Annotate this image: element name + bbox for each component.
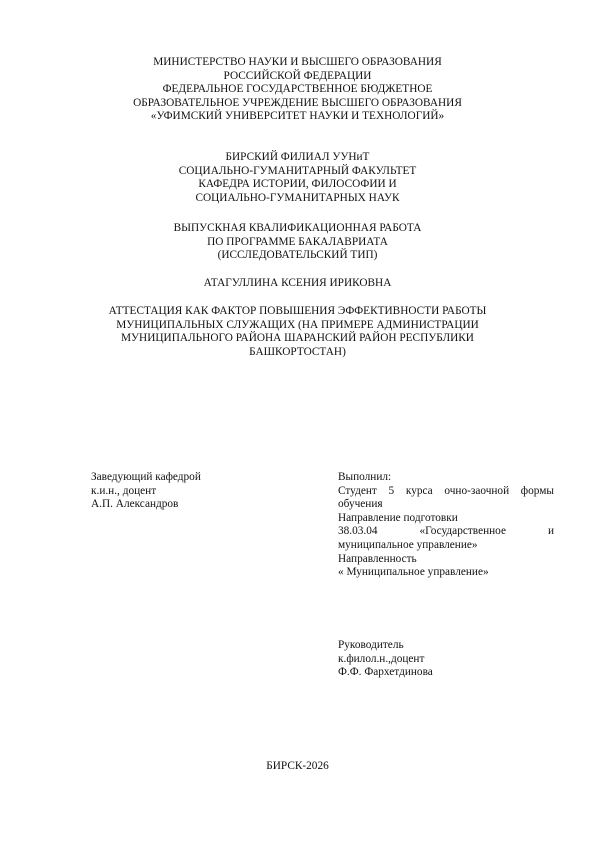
head-degree: к.и.н., доцент — [91, 485, 291, 499]
ministry-line: РОССИЙСКОЙ ФЕДЕРАЦИИ — [0, 70, 595, 84]
branch-line: КАФЕДРА ИСТОРИИ, ФИЛОСОФИИ И — [0, 178, 595, 192]
student-course-cont: обучения — [338, 498, 554, 512]
direction-row: 38.03.04 «Государственное и — [338, 525, 554, 539]
direction-name: «Государственное — [420, 525, 506, 539]
supervisor-name: Ф.Ф. Фархетдинова — [338, 666, 554, 680]
student-block: Выполнил: Студент 5 курса очно-заочной ф… — [338, 471, 554, 580]
city-year-text: БИРСК-2026 — [0, 760, 595, 774]
head-role: Заведующий кафедрой — [91, 471, 291, 485]
direction-name-cont: муниципальное управление» — [338, 539, 554, 553]
direction-label: Направление подготовки — [338, 512, 554, 526]
work-type-line: (ИССЛЕДОВАТЕЛЬСКИЙ ТИП) — [0, 249, 595, 263]
author-name-text: АТАГУЛЛИНА КСЕНИЯ ИРИКОВНА — [0, 277, 595, 291]
branch-line: СОЦИАЛЬНО-ГУМАНИТАРНЫЙ ФАКУЛЬТЕТ — [0, 165, 595, 179]
work-type-line: ВЫПУСКНАЯ КВАЛИФИКАЦИОННАЯ РАБОТА — [0, 222, 595, 236]
supervisor-degree: к.филол.н.,доцент — [338, 653, 554, 667]
profile-label: Направленность — [338, 553, 554, 567]
work-type-line: ПО ПРОГРАММЕ БАКАЛАВРИАТА — [0, 236, 595, 250]
head-name: А.П. Александров — [91, 498, 291, 512]
branch-line: БИРСКИЙ ФИЛИАЛ УУНиТ — [0, 151, 595, 165]
supervisor-role: Руководитель — [338, 639, 554, 653]
thesis-title: АТТЕСТАЦИЯ КАК ФАКТОР ПОВЫШЕНИЯ ЭФФЕКТИВ… — [0, 305, 595, 359]
thesis-title-line: АТТЕСТАЦИЯ КАК ФАКТОР ПОВЫШЕНИЯ ЭФФЕКТИВ… — [0, 305, 595, 319]
direction-conj: и — [548, 525, 554, 539]
branch-header: БИРСКИЙ ФИЛИАЛ УУНиТ СОЦИАЛЬНО-ГУМАНИТАР… — [0, 151, 595, 205]
student-course: Студент 5 курса очно-заочной формы — [338, 485, 554, 499]
ministry-line: «УФИМСКИЙ УНИВЕРСИТЕТ НАУКИ И ТЕХНОЛОГИЙ… — [0, 110, 595, 124]
thesis-title-line: МУНИЦИПАЛЬНОГО РАЙОНА ШАРАНСКИЙ РАЙОН РЕ… — [0, 332, 595, 346]
author-name: АТАГУЛЛИНА КСЕНИЯ ИРИКОВНА — [0, 277, 595, 291]
profile-name: « Муниципальное управление» — [338, 566, 554, 580]
ministry-header: МИНИСТЕРСТВО НАУКИ И ВЫСШЕГО ОБРАЗОВАНИЯ… — [0, 56, 595, 124]
branch-line: СОЦИАЛЬНО-ГУМАНИТАРНЫХ НАУК — [0, 192, 595, 206]
thesis-title-line: БАШКОРТОСТАН) — [0, 346, 595, 360]
ministry-line: МИНИСТЕРСТВО НАУКИ И ВЫСШЕГО ОБРАЗОВАНИЯ — [0, 56, 595, 70]
performed-by-label: Выполнил: — [338, 471, 554, 485]
ministry-line: ФЕДЕРАЛЬНОЕ ГОСУДАРСТВЕННОЕ БЮДЖЕТНОЕ — [0, 83, 595, 97]
thesis-title-line: МУНИЦИПАЛЬНЫХ СЛУЖАЩИХ (НА ПРИМЕРЕ АДМИН… — [0, 319, 595, 333]
city-year: БИРСК-2026 — [0, 760, 595, 774]
ministry-line: ОБРАЗОВАТЕЛЬНОЕ УЧРЕЖДЕНИЕ ВЫСШЕГО ОБРАЗ… — [0, 97, 595, 111]
head-of-department-block: Заведующий кафедрой к.и.н., доцент А.П. … — [91, 471, 291, 512]
direction-code: 38.03.04 — [338, 525, 378, 539]
work-type: ВЫПУСКНАЯ КВАЛИФИКАЦИОННАЯ РАБОТА ПО ПРО… — [0, 222, 595, 263]
supervisor-block: Руководитель к.филол.н.,доцент Ф.Ф. Фарх… — [338, 639, 554, 680]
